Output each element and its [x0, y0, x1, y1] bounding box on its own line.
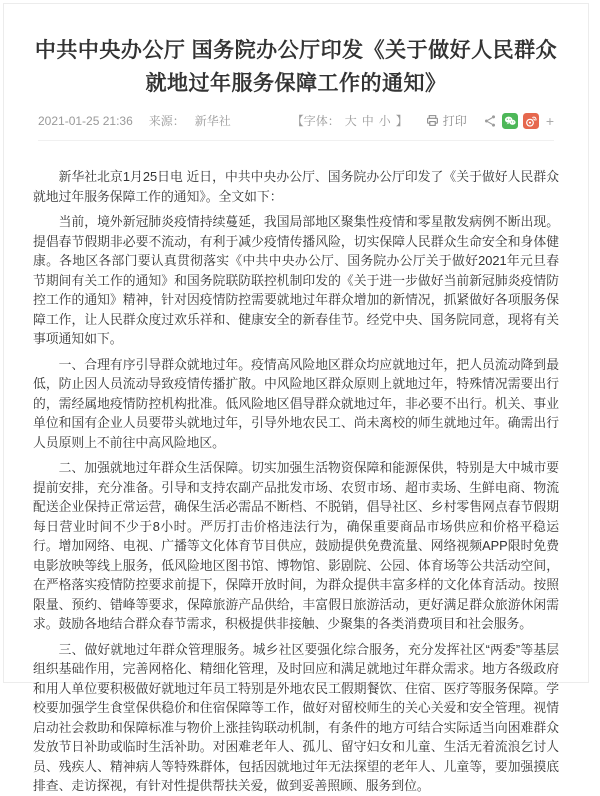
article-body: 新华社北京1月25日电 近日，中共中央办公厅、国务院办公厅印发了《关于做好人民群… — [4, 141, 588, 615]
article-paragraph: 新华社北京1月25日电 近日，中共中央办公厅、国务院办公厅印发了《关于做好人民群… — [33, 167, 559, 206]
font-size-large-button[interactable]: 大 — [345, 112, 357, 129]
more-share-button[interactable]: + — [546, 113, 554, 129]
font-widget-prefix: 【字体： — [292, 112, 340, 129]
meta-left: 2021-01-25 21:36 来源： 新华社 — [38, 112, 231, 129]
weibo-icon[interactable] — [523, 113, 539, 129]
print-label: 打印 — [443, 112, 467, 129]
share-group: + — [483, 113, 554, 129]
source-label: 来源： — [149, 112, 185, 129]
publish-datetime: 2021-01-25 21:36 — [38, 114, 133, 128]
printer-icon — [426, 114, 439, 127]
source-name: 新华社 — [195, 112, 231, 129]
meta-row: 2021-01-25 21:36 来源： 新华社 【字体： 大 中 小 】 — [38, 112, 554, 129]
article-paragraph: 当前，境外新冠肺炎疫情持续蔓延，我国局部地区聚集性疫情和零星散发病例不断出现。提… — [33, 212, 559, 349]
meta-right: 【字体： 大 中 小 】 打印 — [292, 112, 554, 129]
font-widget-suffix: 】 — [396, 112, 408, 129]
wechat-icon[interactable] — [502, 113, 518, 129]
font-size-widget: 【字体： 大 中 小 】 — [292, 112, 408, 129]
article-paragraph: 一、合理有序引导群众就地过年。疫情高风险地区群众均应就地过年，把人员流动降到最低… — [33, 355, 559, 453]
article-container: 中共中央办公厅 国务院办公厅印发《关于做好人民群众就地过年服务保障工作的通知》 … — [3, 3, 589, 615]
share-icon[interactable] — [483, 114, 497, 128]
font-size-medium-button[interactable]: 中 — [362, 112, 374, 129]
article-paragraph: 二、加强就地过年群众生活保障。切实加强生活物资保障和能源保供，特别是大中城市要提… — [33, 458, 559, 615]
print-button[interactable]: 打印 — [426, 112, 467, 129]
font-size-small-button[interactable]: 小 — [379, 112, 391, 129]
page-title: 中共中央办公厅 国务院办公厅印发《关于做好人民群众就地过年服务保障工作的通知》 — [26, 34, 566, 100]
